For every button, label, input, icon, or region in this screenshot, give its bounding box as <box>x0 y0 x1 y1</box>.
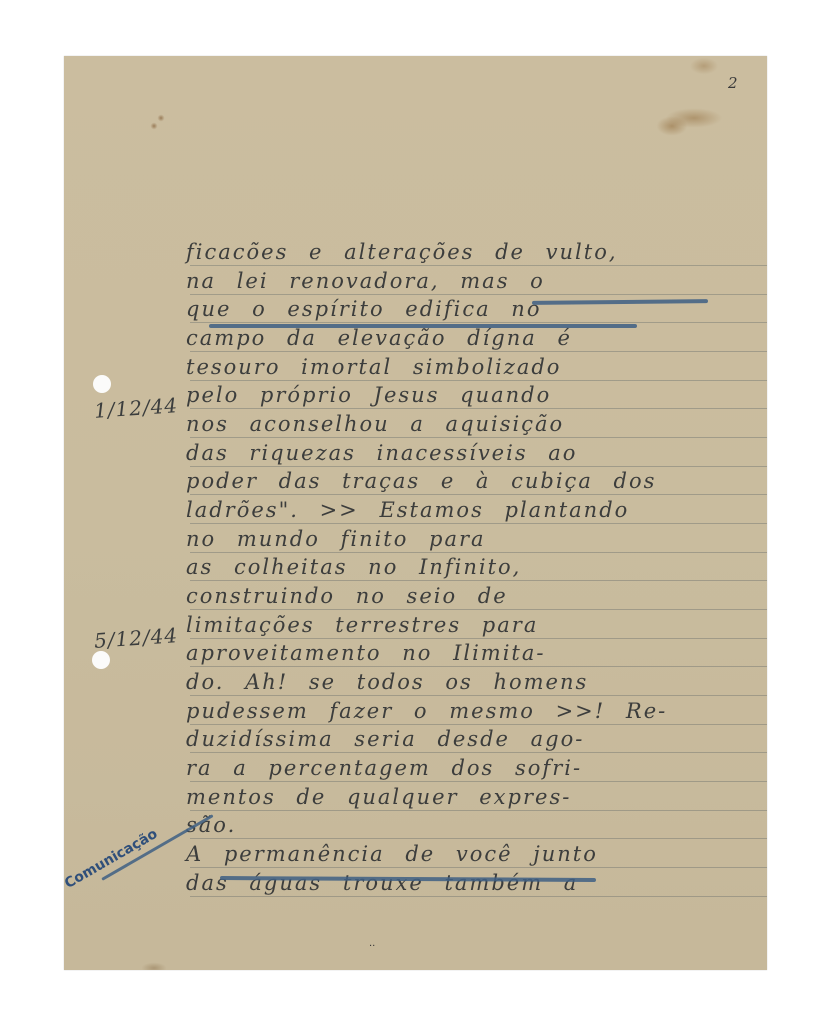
manuscript-line: das águas trouxe também a <box>186 869 766 897</box>
manuscript-line: mentos de qualquer expres- <box>186 783 766 811</box>
margin-annotation: Comunicação <box>62 826 160 892</box>
manuscript-line: aproveitamento no Ilimita- <box>186 639 766 667</box>
margin-date: 1/12/44 <box>93 393 179 423</box>
manuscript-line: ficacões e alterações de vulto, <box>186 238 766 266</box>
ink-speck: ·· <box>369 941 375 952</box>
manuscript-line: tesouro imortal simbolizado <box>186 353 766 381</box>
punch-hole <box>93 375 111 393</box>
manuscript-line: ra a percentagem dos sofri- <box>186 754 766 782</box>
manuscript-line: construindo no seio de <box>186 582 766 610</box>
margin-date: 5/12/44 <box>93 623 179 653</box>
manuscript-line: são. <box>186 811 766 839</box>
manuscript-page: 2 1/12/44 5/12/44 ficacões e alterações … <box>64 56 767 970</box>
manuscript-line: campo da elevação dígna é <box>186 324 766 352</box>
manuscript-line: as colheitas no Infinito, <box>186 553 766 581</box>
manuscript-line: na lei renovadora, mas o <box>186 267 766 295</box>
manuscript-line: duzidíssima seria desde ago- <box>186 725 766 753</box>
blue-pencil-underline <box>209 324 637 328</box>
manuscript-line: do. Ah! se todos os homens <box>186 668 766 696</box>
manuscript-line: das riquezas inacessíveis ao <box>186 439 766 467</box>
punch-hole <box>92 651 110 669</box>
manuscript-line: poder das traças e à cubiça dos <box>186 467 766 495</box>
manuscript-line: pudessem fazer o mesmo >>! Re- <box>186 697 766 725</box>
manuscript-line: ladrões". >> Estamos plantando <box>186 496 766 524</box>
manuscript-line: pelo próprio Jesus quando <box>186 381 766 409</box>
manuscript-line: nos aconselhou a aquisição <box>186 410 766 438</box>
manuscript-line: no mundo finito para <box>186 525 766 553</box>
manuscript-line: A permanência de você junto <box>186 840 766 868</box>
manuscript-line: limitações terrestres para <box>186 611 766 639</box>
page-number: 2 <box>728 74 738 92</box>
